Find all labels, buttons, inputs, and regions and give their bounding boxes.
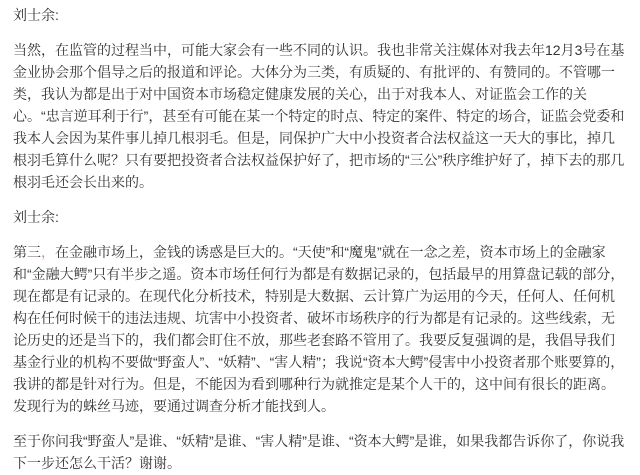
paragraph-3: 至于你问我“野蛮人”是谁、“妖精”是谁、“害人精”是谁、“资本大鳄”是谁，如果我…	[13, 430, 627, 474]
speaker-label-2: 刘士余:	[13, 206, 627, 228]
transcript-page: 刘士余: 当然，在监管的过程当中，可能大家会有一些不同的认识。我也非常关注媒体对…	[0, 0, 640, 475]
speaker-label-1: 刘士余:	[13, 4, 627, 26]
paragraph-2: 第三，在金融市场上，金钱的诱惑是巨大的。“天使”和“魔鬼”就在一念之差，资本市场…	[13, 241, 627, 417]
paragraph-2-lead: 第三	[13, 244, 41, 260]
paragraph-2-accent-comma: ，	[41, 244, 55, 260]
paragraph-1: 当然，在监管的过程当中，可能大家会有一些不同的认识。我也非常关注媒体对我去年12…	[13, 39, 627, 193]
paragraph-2-body: 在金融市场上，金钱的诱惑是巨大的。“天使”和“魔鬼”就在一念之差，资本市场上的金…	[13, 244, 624, 414]
